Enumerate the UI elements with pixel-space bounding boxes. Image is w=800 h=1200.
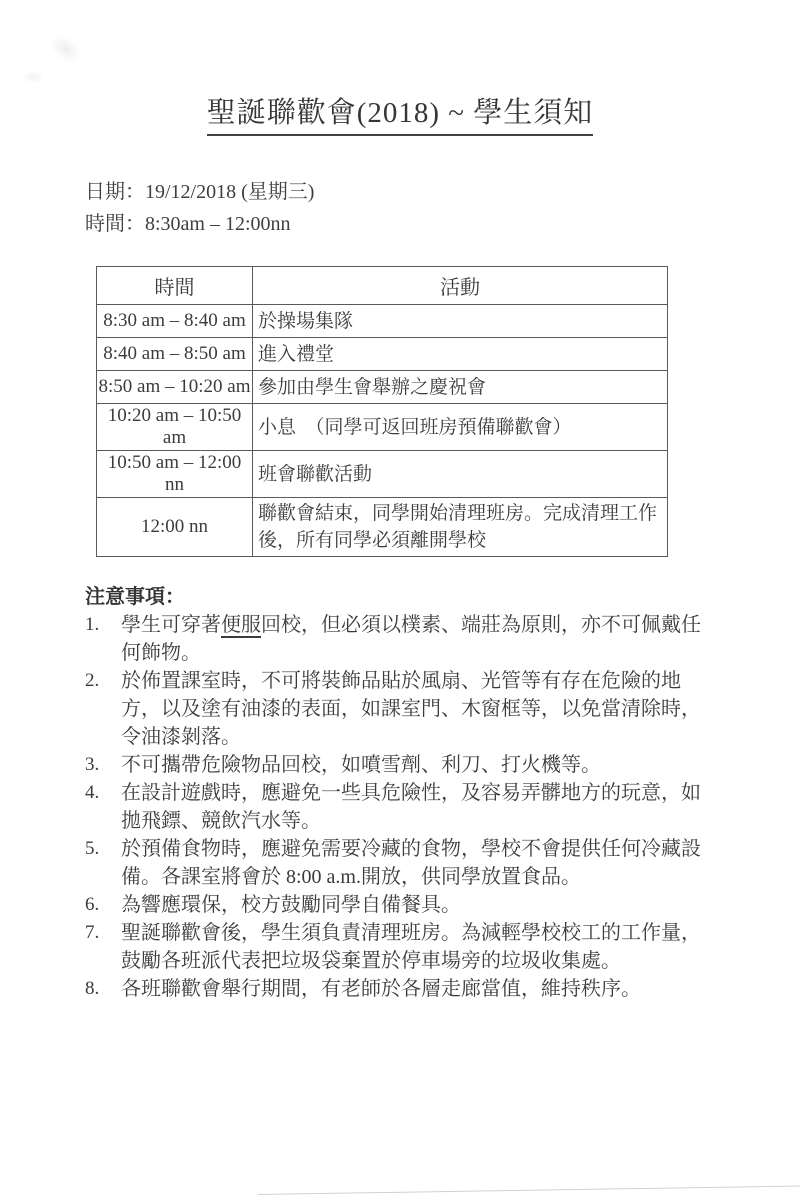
activity-cell: 聯歡會結束，同學開始清理班房。完成清理工作後，所有同學必須離開學校: [253, 498, 668, 557]
note-text: 在設計遊戲時，應避免一些具危險性，及容易弄髒地方的玩意，如拋飛鏢、競飲汽水等。: [121, 779, 717, 835]
note-item: 2. 於佈置課室時，不可將裝飾品貼於風扇、光管等有存在危險的地方，以及塗有油漆的…: [85, 667, 717, 751]
note-text: 學生可穿著便服回校，但必須以樸素、端莊為原則，亦不可佩戴任何飾物。: [121, 611, 717, 667]
note-text: 不可攜帶危險物品回校，如噴雪劑、利刀、打火機等。: [121, 751, 717, 779]
date-line: 日期：19/12/2018 (星期三): [85, 176, 800, 208]
activity-cell: 進入禮堂: [253, 338, 668, 371]
time-cell: 12:00 nn: [97, 498, 253, 557]
schedule-table: 時間 活動 8:30 am – 8:40 am 於操場集隊 8:40 am – …: [96, 266, 668, 557]
note-item: 4. 在設計遊戲時，應避免一些具危險性，及容易弄髒地方的玩意，如拋飛鏢、競飲汽水…: [85, 779, 717, 835]
note-item: 8. 各班聯歡會舉行期間，有老師於各層走廊當值，維持秩序。: [85, 975, 717, 1003]
event-meta: 日期：19/12/2018 (星期三) 時間：8:30am – 12:00nn: [85, 176, 800, 240]
table-row: 10:50 am – 12:00 nn 班會聯歡活動: [97, 451, 668, 498]
note-number: 8.: [85, 975, 121, 1003]
time-cell: 10:20 am – 10:50 am: [97, 404, 253, 451]
note-item: 5. 於預備食物時，應避免需要冷藏的食物，學校不會提供任何冷藏設備。各課室將會於…: [85, 835, 717, 891]
table-row: 8:50 am – 10:20 am 參加由學生會舉辦之慶祝會: [97, 371, 668, 404]
note-number: 4.: [85, 779, 121, 807]
scanned-document-page: 聖誕聯歡會(2018) ~ 學生須知 日期：19/12/2018 (星期三) 時…: [0, 0, 800, 1200]
note-number: 3.: [85, 751, 121, 779]
table-row: 10:20 am – 10:50 am 小息 （同學可返回班房預備聯歡會）: [97, 404, 668, 451]
note-number: 7.: [85, 919, 121, 947]
note-item: 7. 聖誕聯歡會後，學生須負責清理班房。為減輕學校校工的工作量，鼓勵各班派代表把…: [85, 919, 717, 975]
title-row: 聖誕聯歡會(2018) ~ 學生須知: [0, 0, 800, 136]
notes-heading: 注意事項：: [85, 583, 717, 611]
note-text: 各班聯歡會舉行期間，有老師於各層走廊當值，維持秩序。: [121, 975, 717, 1003]
underlined-word: 便服: [221, 614, 261, 638]
time-cell: 8:40 am – 8:50 am: [97, 338, 253, 371]
table-header-row: 時間 活動: [97, 267, 668, 305]
note-text: 於預備食物時，應避免需要冷藏的食物，學校不會提供任何冷藏設備。各課室將會於 8:…: [121, 835, 717, 891]
notes-section: 注意事項： 1. 學生可穿著便服回校，但必須以樸素、端莊為原則，亦不可佩戴任何飾…: [85, 583, 717, 1003]
note-text: 為響應環保，校方鼓勵同學自備餐具。: [121, 891, 717, 919]
table-row: 8:40 am – 8:50 am 進入禮堂: [97, 338, 668, 371]
note-number: 5.: [85, 835, 121, 863]
note-number: 1.: [85, 611, 121, 639]
activity-cell: 小息 （同學可返回班房預備聯歡會）: [253, 404, 668, 451]
note-number: 2.: [85, 667, 121, 695]
table-row: 12:00 nn 聯歡會結束，同學開始清理班房。完成清理工作後，所有同學必須離開…: [97, 498, 668, 557]
time-line: 時間：8:30am – 12:00nn: [85, 208, 800, 240]
note-text-segment: 學生可穿著: [121, 614, 221, 636]
time-cell: 8:50 am – 10:20 am: [97, 371, 253, 404]
note-text: 於佈置課室時，不可將裝飾品貼於風扇、光管等有存在危險的地方，以及塗有油漆的表面，…: [121, 667, 717, 751]
note-item: 1. 學生可穿著便服回校，但必須以樸素、端莊為原則，亦不可佩戴任何飾物。: [85, 611, 717, 667]
time-cell: 10:50 am – 12:00 nn: [97, 451, 253, 498]
activity-cell: 於操場集隊: [253, 305, 668, 338]
page-title: 聖誕聯歡會(2018) ~ 學生須知: [207, 90, 594, 136]
time-cell: 8:30 am – 8:40 am: [97, 305, 253, 338]
note-number: 6.: [85, 891, 121, 919]
note-text: 聖誕聯歡會後，學生須負責清理班房。為減輕學校校工的工作量，鼓勵各班派代表把垃圾袋…: [121, 919, 717, 975]
scan-edge-artifact: [258, 1185, 800, 1195]
activity-cell: 參加由學生會舉辦之慶祝會: [253, 371, 668, 404]
column-header-activity: 活動: [253, 267, 668, 305]
table-row: 8:30 am – 8:40 am 於操場集隊: [97, 305, 668, 338]
note-item: 6. 為響應環保，校方鼓勵同學自備餐具。: [85, 891, 717, 919]
note-item: 3. 不可攜帶危險物品回校，如噴雪劑、利刀、打火機等。: [85, 751, 717, 779]
column-header-time: 時間: [97, 267, 253, 305]
activity-cell: 班會聯歡活動: [253, 451, 668, 498]
scan-smudge: [22, 70, 44, 84]
